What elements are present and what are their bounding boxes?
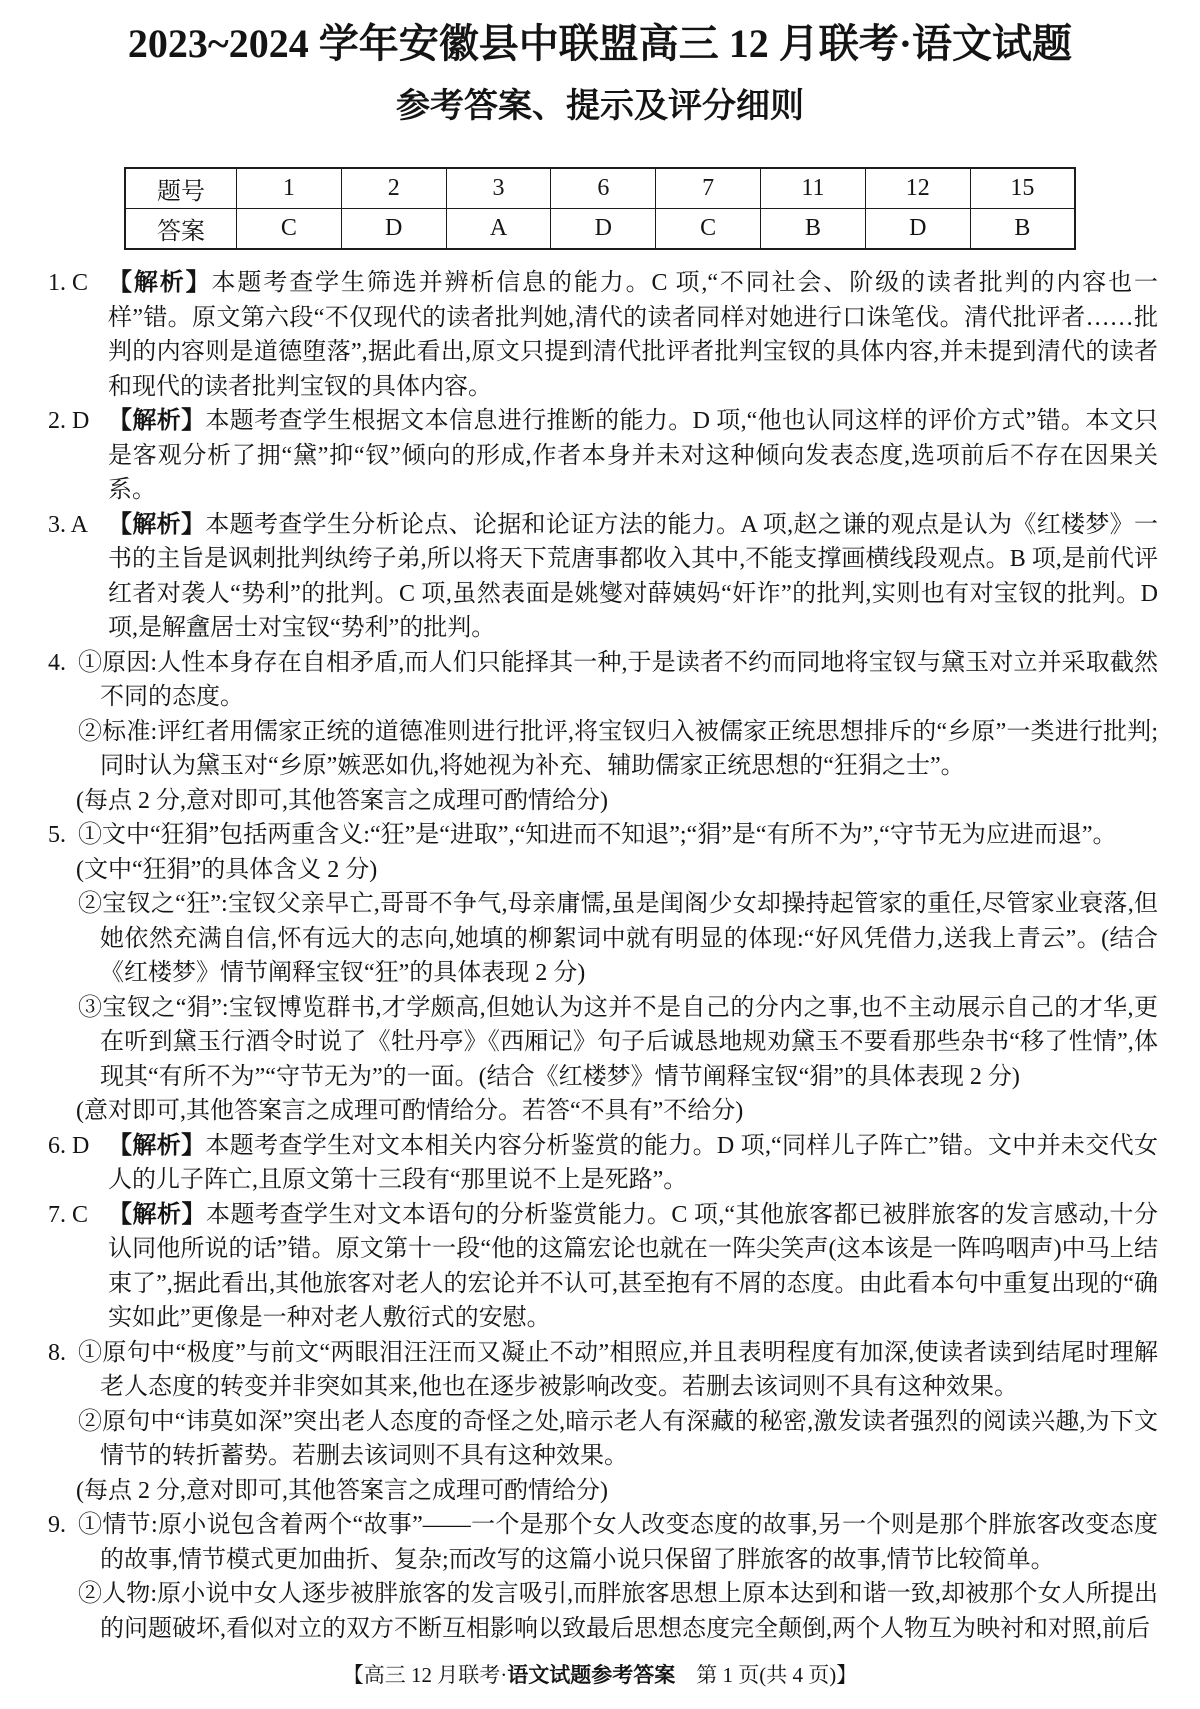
question-number-cell: 1 <box>237 168 342 209</box>
question-number-cell: 2 <box>341 168 446 209</box>
answer-paragraph: 3. A【解析】本题考查学生分析论点、论据和论证方法的能力。A 项,赵之谦的观点… <box>48 508 1158 646</box>
answer-paragraph: 2. D【解析】本题考查学生根据文本信息进行推断的能力。D 项,“他也认同这样的… <box>48 404 1158 508</box>
paragraph-text: 【解析】本题考查学生分析论点、论据和论证方法的能力。A 项,赵之谦的观点是认为《… <box>108 508 1158 646</box>
answer-row-header: 答案 <box>125 209 237 250</box>
page-title: 2023~2024 学年安徽县中联盟高三 12 月联考·语文试题 <box>36 20 1164 68</box>
item-number-label <box>48 1094 76 1129</box>
answer-item-9: 9.①情节:原小说包含着两个“故事”——一个是那个女人改变态度的故事,另一个则是… <box>48 1508 1158 1646</box>
answer-paragraph: 6. D【解析】本题考查学生对文本相关内容分析鉴赏的能力。D 项,“同样儿子阵亡… <box>48 1129 1158 1198</box>
answer-paragraph: ②人物:原小说中女人逐步被胖旅客的发言吸引,而胖旅客思想上原本达到和谐一致,却被… <box>48 1577 1158 1646</box>
paragraph-text: ③宝钗之“狷”:宝钗博览群书,才学颇高,但她认为这并不是自己的分内之事,也不主动… <box>78 991 1158 1095</box>
answer-table-answer-row: 答案 CDADCBDB <box>125 209 1075 250</box>
answer-paragraph: 4.①原因:人性本身存在自相矛盾,而人们只能择其一种,于是读者不约而同地将宝钗与… <box>48 646 1158 715</box>
item-number-label <box>48 1577 78 1646</box>
item-number-label <box>48 853 76 888</box>
paragraph-text: ②宝钗之“狂”:宝钗父亲早亡,哥哥不争气,母亲庸懦,虽是闺阁少女却操持起管家的重… <box>78 887 1158 991</box>
jiexi-tag: 【解析】 <box>108 1132 205 1159</box>
footer-paper-title: 语文试题参考答案 <box>507 1664 675 1687</box>
question-number-cell: 15 <box>970 168 1075 209</box>
answer-item-4: 4.①原因:人性本身存在自相矛盾,而人们只能择其一种,于是读者不约而同地将宝钗与… <box>48 646 1158 819</box>
answer-item-1: 1. C【解析】本题考查学生筛选并辨析信息的能力。C 项,“不同社会、阶级的读者… <box>48 266 1158 404</box>
paragraph-text: (每点 2 分,意对即可,其他答案言之成理可酌情给分) <box>76 1474 1158 1509</box>
answer-item-6: 6. D【解析】本题考查学生对文本相关内容分析鉴赏的能力。D 项,“同样儿子阵亡… <box>48 1129 1158 1198</box>
question-number-cell: 6 <box>551 168 656 209</box>
page-subtitle: 参考答案、提示及评分细则 <box>0 78 1200 127</box>
paragraph-text: ①情节:原小说包含着两个“故事”——一个是那个女人改变态度的故事,另一个则是那个… <box>78 1508 1158 1577</box>
item-number-label: 1. C <box>48 266 108 404</box>
item-number-label <box>48 1405 78 1474</box>
item-number-label: 6. D <box>48 1129 108 1198</box>
question-number-cell: 12 <box>865 168 970 209</box>
item-number-label: 3. A <box>48 508 108 646</box>
jiexi-tag: 【解析】 <box>108 269 212 296</box>
item-number-label: 8. <box>48 1336 78 1405</box>
answer-paragraph: (文中“狂狷”的具体含义 2 分) <box>48 853 1158 888</box>
answer-table: 题号 12367111215 答案 CDADCBDB <box>124 167 1076 250</box>
item-number-label <box>48 715 78 784</box>
jiexi-tag: 【解析】 <box>108 1201 206 1228</box>
paragraph-text: 【解析】本题考查学生根据文本信息进行推断的能力。D 项,“他也认同这样的评价方式… <box>108 404 1158 508</box>
paragraph-text: ①文中“狂狷”包括两重含义:“狂”是“进取”,“知进而不知退”;“狷”是“有所不… <box>78 818 1158 853</box>
answer-letter-cell: C <box>237 209 342 250</box>
item-number-label: 5. <box>48 818 78 853</box>
paragraph-text: 【解析】本题考查学生对文本语句的分析鉴赏能力。C 项,“其他旅客都已被胖旅客的发… <box>108 1198 1158 1336</box>
paragraph-text: ②人物:原小说中女人逐步被胖旅客的发言吸引,而胖旅客思想上原本达到和谐一致,却被… <box>78 1577 1158 1646</box>
paragraph-text: (文中“狂狷”的具体含义 2 分) <box>76 853 1158 888</box>
answer-paragraph: 9.①情节:原小说包含着两个“故事”——一个是那个女人改变态度的故事,另一个则是… <box>48 1508 1158 1577</box>
answer-paragraph: ②原句中“讳莫如深”突出老人态度的奇怪之处,暗示老人有深藏的秘密,激发读者强烈的… <box>48 1405 1158 1474</box>
paragraph-text: 【解析】本题考查学生对文本相关内容分析鉴赏的能力。D 项,“同样儿子阵亡”错。文… <box>108 1129 1158 1198</box>
exam-answer-page: 2023~2024 学年安徽县中联盟高三 12 月联考·语文试题 参考答案、提示… <box>0 0 1200 1709</box>
answer-paragraph: (每点 2 分,意对即可,其他答案言之成理可酌情给分) <box>48 784 1158 819</box>
answer-paragraph: ②宝钗之“狂”:宝钗父亲早亡,哥哥不争气,母亲庸懦,虽是闺阁少女却操持起管家的重… <box>48 887 1158 991</box>
page-footer: 【高三 12 月联考·语文试题参考答案 第 1 页(共 4 页)】 <box>0 1659 1200 1689</box>
answer-paragraph: 7. C【解析】本题考查学生对文本语句的分析鉴赏能力。C 项,“其他旅客都已被胖… <box>48 1198 1158 1336</box>
item-number-label <box>48 887 78 991</box>
answer-paragraph: ②标准:评红者用儒家正统的道德准则进行批评,将宝钗归入被儒家正统思想排斥的“乡原… <box>48 715 1158 784</box>
answer-table-question-row: 题号 12367111215 <box>125 168 1075 209</box>
answer-item-2: 2. D【解析】本题考查学生根据文本信息进行推断的能力。D 项,“他也认同这样的… <box>48 404 1158 508</box>
question-number-cell: 7 <box>656 168 761 209</box>
answer-letter-cell: D <box>865 209 970 250</box>
item-number-label <box>48 991 78 1095</box>
paragraph-text: (每点 2 分,意对即可,其他答案言之成理可酌情给分) <box>76 784 1158 819</box>
answer-letter-cell: B <box>970 209 1075 250</box>
answer-letter-cell: C <box>656 209 761 250</box>
answer-letter-cell: D <box>341 209 446 250</box>
jiexi-tag: 【解析】 <box>108 511 205 538</box>
item-number-label: 4. <box>48 646 78 715</box>
answer-item-8: 8.①原句中“极度”与前文“两眼泪汪汪而又凝止不动”相照应,并且表明程度有加深,… <box>48 1336 1158 1509</box>
paragraph-text: ①原句中“极度”与前文“两眼泪汪汪而又凝止不动”相照应,并且表明程度有加深,使读… <box>78 1336 1158 1405</box>
answer-letter-cell: D <box>551 209 656 250</box>
item-number-label: 9. <box>48 1508 78 1577</box>
question-number-cell: 11 <box>761 168 866 209</box>
item-number-label <box>48 1474 76 1509</box>
paragraph-text: ②原句中“讳莫如深”突出老人态度的奇怪之处,暗示老人有深藏的秘密,激发读者强烈的… <box>78 1405 1158 1474</box>
item-number-label: 2. D <box>48 404 108 508</box>
answer-paragraph: (每点 2 分,意对即可,其他答案言之成理可酌情给分) <box>48 1474 1158 1509</box>
paragraph-text: (意对即可,其他答案言之成理可酌情给分。若答“不具有”不给分) <box>76 1094 1158 1129</box>
footer-page-number: 第 1 页(共 4 页)】 <box>675 1663 857 1687</box>
answer-item-7: 7. C【解析】本题考查学生对文本语句的分析鉴赏能力。C 项,“其他旅客都已被胖… <box>48 1198 1158 1336</box>
answer-letter-cell: A <box>446 209 551 250</box>
answer-paragraph: 8.①原句中“极度”与前文“两眼泪汪汪而又凝止不动”相照应,并且表明程度有加深,… <box>48 1336 1158 1405</box>
answer-paragraph: (意对即可,其他答案言之成理可酌情给分。若答“不具有”不给分) <box>48 1094 1158 1129</box>
answer-paragraph: ③宝钗之“狷”:宝钗博览群书,才学颇高,但她认为这并不是自己的分内之事,也不主动… <box>48 991 1158 1095</box>
question-number-cell: 3 <box>446 168 551 209</box>
paragraph-text: ②标准:评红者用儒家正统的道德准则进行批评,将宝钗归入被儒家正统思想排斥的“乡原… <box>78 715 1158 784</box>
paragraph-text: ①原因:人性本身存在自相矛盾,而人们只能择其一种,于是读者不约而同地将宝钗与黛玉… <box>78 646 1158 715</box>
answer-letter-cell: B <box>761 209 866 250</box>
footer-left: 【高三 12 月联考· <box>343 1663 508 1687</box>
answer-item-5: 5.①文中“狂狷”包括两重含义:“狂”是“进取”,“知进而不知退”;“狷”是“有… <box>48 818 1158 1129</box>
item-number-label <box>48 784 76 819</box>
jiexi-tag: 【解析】 <box>108 407 205 434</box>
answer-items: 1. C【解析】本题考查学生筛选并辨析信息的能力。C 项,“不同社会、阶级的读者… <box>48 266 1158 1646</box>
paragraph-text: 【解析】本题考查学生筛选并辨析信息的能力。C 项,“不同社会、阶级的读者批判的内… <box>108 266 1158 404</box>
item-number-label: 7. C <box>48 1198 108 1336</box>
answer-paragraph: 5.①文中“狂狷”包括两重含义:“狂”是“进取”,“知进而不知退”;“狷”是“有… <box>48 818 1158 853</box>
answer-item-3: 3. A【解析】本题考查学生分析论点、论据和论证方法的能力。A 项,赵之谦的观点… <box>48 508 1158 646</box>
answer-paragraph: 1. C【解析】本题考查学生筛选并辨析信息的能力。C 项,“不同社会、阶级的读者… <box>48 266 1158 404</box>
question-row-header: 题号 <box>125 168 237 209</box>
